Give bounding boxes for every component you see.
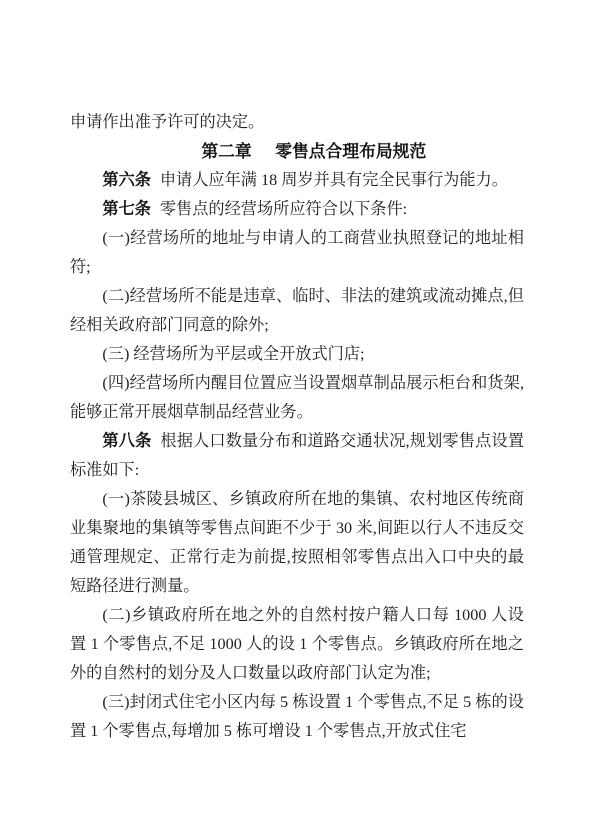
paragraph: (二)经营场所不能是违章、临时、非法的建筑或流动摊点,但经相关政府部门同意的除外…	[70, 282, 524, 340]
article-number: 第六条	[102, 171, 151, 189]
document-body: 第六条申请人应年满 18 周岁并具有完全民事行为能力。第七条零售点的经营场所应符…	[70, 166, 524, 746]
chapter-number: 第二章	[201, 142, 251, 161]
document-page: 申请作出准予许可的决定。 第二章零售点合理布局规范 第六条申请人应年满 18 周…	[0, 0, 593, 839]
paragraph: (二)乡镇政府所在地之外的自然村按户籍人口每 1000 人设置 1 个零售点,不…	[70, 601, 524, 688]
paragraph: (一)茶陵县城区、乡镇政府所在地的集镇、农村地区传统商业集聚地的集镇等零售点间距…	[70, 485, 524, 601]
chapter-title: 零售点合理布局规范	[275, 142, 426, 161]
article-number: 第八条	[102, 432, 151, 450]
article-number: 第七条	[102, 200, 151, 218]
paragraph: (三)封闭式住宅小区内每 5 栋设置 1 个零售点,不足 5 栋的设置 1 个零…	[70, 688, 524, 746]
paragraph: (一)经营场所的地址与申请人的工商营业执照登记的地址相符;	[70, 224, 524, 282]
paragraph: (四)经营场所内醒目位置应当设置烟草制品展示柜台和货架,能够正常开展烟草制品经营…	[70, 369, 524, 427]
document-content: 申请作出准予许可的决定。 第二章零售点合理布局规范 第六条申请人应年满 18 周…	[70, 108, 524, 746]
paragraph: 第六条申请人应年满 18 周岁并具有完全民事行为能力。	[70, 166, 524, 195]
chapter-heading: 第二章零售点合理布局规范	[70, 137, 524, 166]
paragraph: 第八条根据人口数量分布和道路交通状况,规划零售点设置标准如下:	[70, 427, 524, 485]
paragraph: 第七条零售点的经营场所应符合以下条件:	[70, 195, 524, 224]
intro-line: 申请作出准予许可的决定。	[70, 108, 524, 137]
paragraph: (三) 经营场所为平层或全开放式门店;	[70, 340, 524, 369]
